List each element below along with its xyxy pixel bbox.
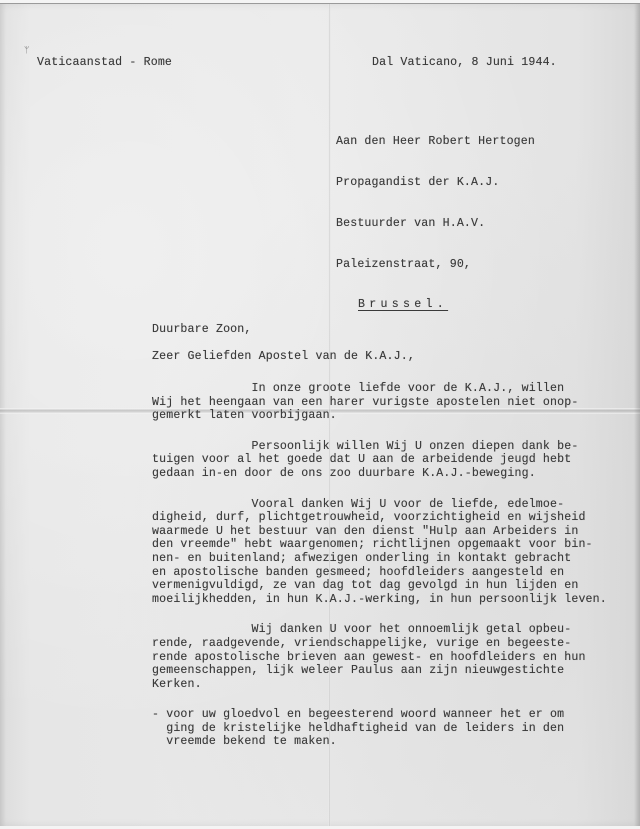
body-paragraph: Wij danken U voor het onnoemlijk getal o… <box>152 623 622 691</box>
body-paragraph-bullet: - voor uw gloedvol en begeesterend woord… <box>152 708 622 749</box>
dateline: Dal Vaticano, 8 Juni 1944. <box>372 56 557 70</box>
recipient-line: Paleizenstraat, 90, <box>336 258 535 272</box>
recipient-line: Bestuurder van H.A.V. <box>336 217 535 231</box>
letter-body: In onze groote liefde voor de K.A.J., wi… <box>152 382 622 766</box>
recipient-line: Aan den Heer Robert Hertogen <box>336 135 535 149</box>
recipient-line: Propagandist der K.A.J. <box>336 176 535 190</box>
body-paragraph: Vooral danken Wij U voor de liefde, edel… <box>152 498 622 607</box>
salutation: Duurbare Zoon, <box>152 323 252 337</box>
recipient-address: Aan den Heer Robert Hertogen Propagandis… <box>336 108 535 326</box>
page-edge-shadow <box>634 4 640 826</box>
margin-mark-icon: ᛘ <box>24 46 28 56</box>
recipient-city: Brussel. <box>336 298 535 312</box>
body-paragraph: In onze groote liefde voor de K.A.J., wi… <box>152 382 622 423</box>
sender-location: Vaticaanstad - Rome <box>37 56 172 70</box>
greeting: Zeer Geliefden Apostel van de K.A.J., <box>152 350 415 364</box>
body-paragraph: Persoonlijk willen Wij U onzen diepen da… <box>152 440 622 481</box>
